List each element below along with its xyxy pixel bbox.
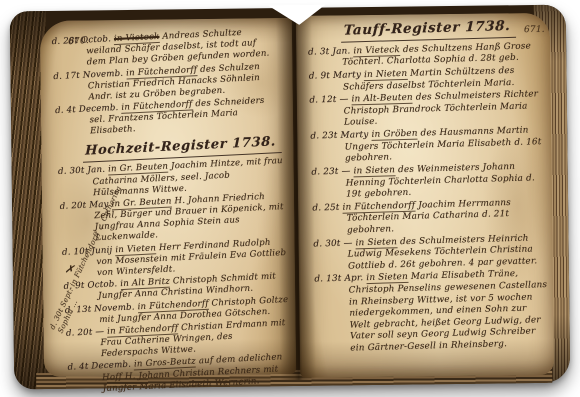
entry-place: in Sieten	[355, 237, 397, 249]
photo-of-open-register-book: 670. 671. d. 28t Octob. in Vieteck Andre…	[0, 0, 580, 397]
entry-date: d. 30t Jan.	[58, 165, 106, 177]
baptism-entry: d. 23t Marty in Gröben des Hausmanns Mar…	[310, 125, 545, 166]
left-page-text: d. 28t Octob. in Vieteck Andreas Schultz…	[51, 26, 294, 397]
entry-place: in Gröben	[371, 129, 417, 141]
baptism-entry: d. 13t Apr. in Sieten Maria Elisabeth Tr…	[314, 268, 550, 356]
baptism-entry: d. 12t — in Alt-Beuten des Schulmeisters…	[309, 89, 544, 130]
entry-date: d. 9t Marty	[309, 70, 362, 81]
right-page-text: Tauff-Register 1738. d. 3t Jan. in Viete…	[307, 17, 550, 357]
entry-place: in Sieten	[366, 272, 408, 284]
entry-date: d. 20t —	[66, 327, 105, 339]
entry-date: d. 3t Jan.	[308, 46, 351, 57]
entry-date: d. 23t —	[311, 166, 350, 177]
entry-place: in Sieten	[353, 165, 395, 177]
margin-x-mark: ✗	[64, 262, 75, 276]
baptism-register-heading: Tauff-Register 1738.	[341, 18, 517, 43]
baptism-entry: d. 30t — in Sieten des Schulmeisters Hei…	[313, 233, 548, 274]
entry-date: d. 13t Apr.	[314, 274, 363, 285]
baptism-entry: d. 23t — in Sieten des Weinmeisters Joha…	[311, 161, 546, 202]
entry-date: d. 23t Marty	[310, 130, 368, 142]
entry-date: d. 30t —	[313, 238, 352, 249]
entry-place: in Nieten	[364, 69, 407, 81]
entry-date: d. 25t	[312, 203, 339, 214]
baptism-entry: d. 25t in Fütchendorff Joachim Herrmanns…	[312, 197, 547, 238]
entry-place: in Alt-Beuten	[351, 93, 413, 106]
open-book: 670. 671. d. 28t Octob. in Vieteck Andre…	[10, 5, 571, 390]
entry-date: d. 12t —	[309, 95, 348, 106]
